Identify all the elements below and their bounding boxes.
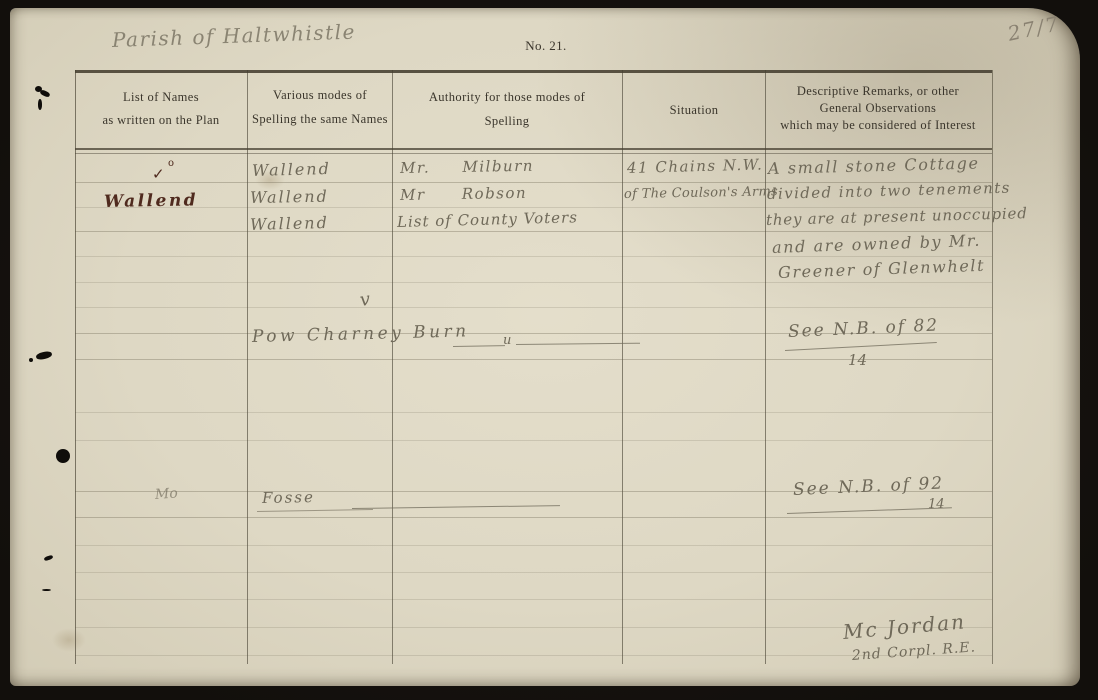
check-mark-sup: o xyxy=(168,158,174,169)
col-header-situation: Situation xyxy=(670,103,719,118)
remark-denominator: 14 xyxy=(928,497,945,512)
table-column-line xyxy=(622,70,623,664)
page-content: Parish of Haltwhistle No. 21. 27/7 xyxy=(0,0,1098,700)
col-header-remarks-line3: which may be considered of Interest xyxy=(780,118,976,133)
authority-entry: Mr. Milburn xyxy=(400,157,534,177)
situation-line: of The Coulson's Arms xyxy=(624,184,778,202)
col-header-remarks-line1: Descriptive Remarks, or other xyxy=(797,84,959,99)
ruled-line xyxy=(75,307,992,308)
table-top-border xyxy=(75,70,992,73)
surveyor-rank: 2nd Corpl. R.E. xyxy=(851,639,976,664)
col-header-spelling-line1: Various modes of xyxy=(273,88,367,103)
ruled-line xyxy=(75,412,992,413)
paper-blemish xyxy=(42,589,51,591)
authority-entry: Mr Robson xyxy=(400,184,527,204)
name-on-plan: Wallend xyxy=(104,190,198,212)
paper-blemish xyxy=(39,89,50,98)
header-bottom-border xyxy=(75,148,992,150)
spelling-entry: Pow Charney Burn xyxy=(252,321,470,347)
col-header-spelling-line2: Spelling the same Names xyxy=(252,112,388,127)
remark-line: and are owned by Mr. xyxy=(772,231,982,257)
ruled-line xyxy=(75,572,992,573)
remark-underline xyxy=(785,342,937,351)
punch-hole xyxy=(56,449,70,463)
document-scan: Parish of Haltwhistle No. 21. 27/7 xyxy=(0,0,1098,700)
ruled-line xyxy=(75,231,992,232)
table-column-line xyxy=(765,70,766,664)
surveyor-signature: Mc Jordan xyxy=(842,609,967,644)
table-column-line xyxy=(247,70,248,664)
paper-blemish xyxy=(29,358,33,362)
paper-blemish xyxy=(38,99,42,110)
authority-entry: List of County Voters xyxy=(397,208,578,231)
remark-reference: See N.B. of 92 xyxy=(793,473,945,500)
ruled-line xyxy=(75,599,992,600)
paper-blemish xyxy=(35,350,52,360)
ditto-dash xyxy=(352,505,560,509)
ruled-line xyxy=(75,256,992,257)
table-column-line xyxy=(992,70,993,664)
plan-note: Mo xyxy=(154,485,178,503)
ruled-line xyxy=(75,517,992,518)
ruled-line xyxy=(75,282,992,283)
spelling-underline xyxy=(257,509,373,512)
table-column-line xyxy=(392,70,393,664)
col-header-names-line2: as written on the Plan xyxy=(102,113,219,128)
ruled-line xyxy=(75,545,992,546)
situation-line: 41 Chains N.W. xyxy=(627,155,764,177)
spelling-entry: Fosse xyxy=(262,488,315,507)
ruled-line xyxy=(75,440,992,441)
remark-line: A small stone Cottage xyxy=(768,153,980,178)
sheet-number: No. 21. xyxy=(525,38,566,54)
col-header-authority-line1: Authority for those modes of xyxy=(429,90,585,105)
tick-mark: v xyxy=(359,289,372,311)
parish-title: Parish of Haltwhistle xyxy=(112,19,357,52)
ditto-mark: u xyxy=(503,333,511,348)
paper-stain xyxy=(52,628,86,652)
table-column-line xyxy=(75,70,76,664)
header-bottom-border-thin xyxy=(75,153,992,154)
check-mark: ✓ xyxy=(152,165,165,183)
remark-reference: See N.B. of 82 xyxy=(788,315,940,342)
spelling-entry: Wallend xyxy=(250,187,329,207)
paper-blemish xyxy=(44,555,54,562)
remark-denominator: 14 xyxy=(848,351,867,369)
col-header-names-line1: List of Names xyxy=(123,90,199,105)
col-header-authority-line2: Spelling xyxy=(485,114,530,129)
spelling-entry: Wallend xyxy=(250,213,329,234)
spelling-entry: Wallend xyxy=(252,159,331,180)
col-header-remarks-line2: General Observations xyxy=(820,101,937,116)
ditto-dash xyxy=(453,345,505,347)
remark-line: Greener of Glenwhelt xyxy=(778,256,986,282)
folio-number: 27/7 xyxy=(1006,11,1063,45)
